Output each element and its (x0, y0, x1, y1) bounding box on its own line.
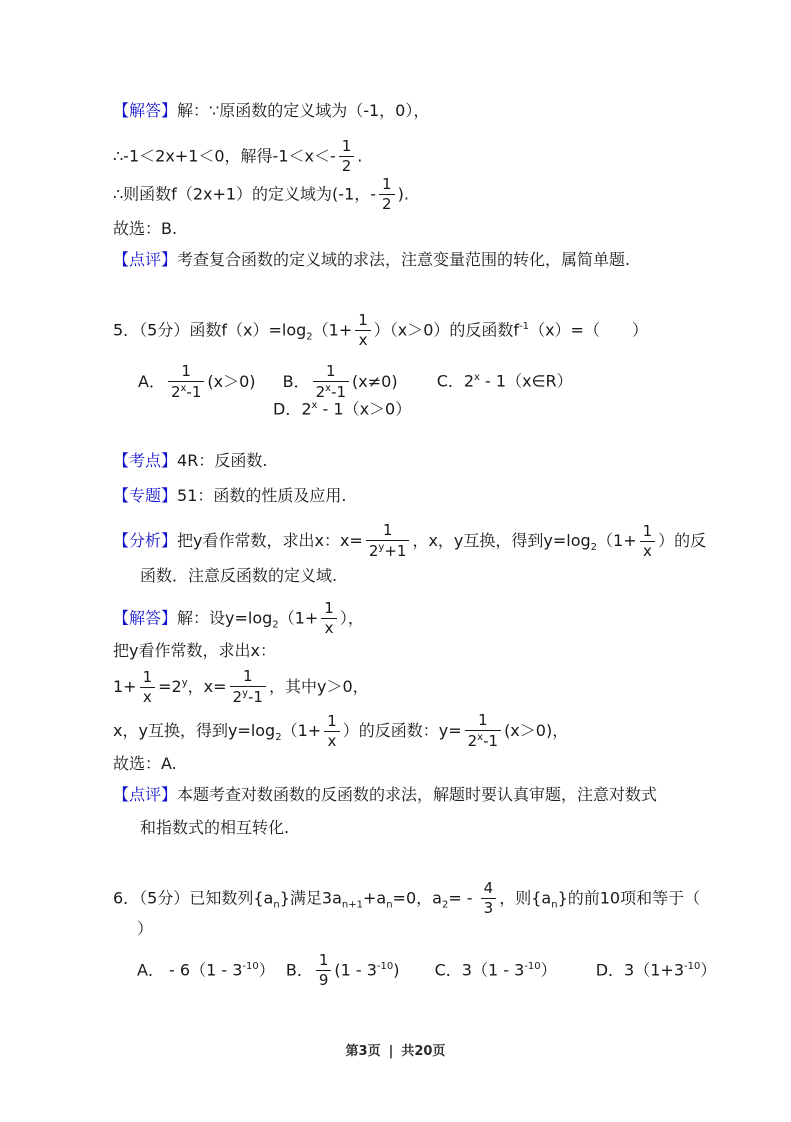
jieda-pre: 解：设y=log (177, 608, 272, 627)
sec4-dianping-line: 【点评】考查复合函数的定义域的求法，注意变量范围的转化，属简单题. (113, 249, 630, 271)
option-text: (1 - 3 (334, 960, 377, 979)
fraction: 12x-1 (465, 712, 501, 751)
frac-numerator: 1 (313, 363, 349, 382)
q5-stem: 5．（5分）函数f（x）=log2（1+1x）（x＞0）的反函数f-1（x）=（… (113, 312, 648, 350)
fraction: 1x (355, 312, 371, 350)
dianping-label: 【点评】 (113, 785, 177, 804)
q6-option-a: A． - 6（1 - 3-10） (137, 956, 275, 981)
solution-text: 把y看作常数，求出x： (113, 641, 276, 660)
frac-numerator: 1 (379, 176, 395, 195)
jieda-label: 【解答】 (113, 608, 177, 627)
q5-stem-mid2: ）（x＞0）的反函数f (374, 320, 519, 339)
option-text: ) (393, 960, 399, 979)
q6-option-b: B．19(1 - 3-10) (286, 952, 400, 990)
q6-stem-post: }的前10项和等于（ (558, 888, 701, 907)
dianping-text: 考查复合函数的定义域的求法，注意变量范围的转化，属简单题. (177, 250, 630, 269)
frac-numerator: 1 (366, 522, 410, 541)
fraction: 1x (140, 669, 156, 707)
den-base: 2 (233, 688, 243, 706)
fenxi-label: 【分析】 (113, 531, 177, 550)
dianping-text: 和指数式的相互转化. (140, 818, 289, 837)
option-condition: (x＞0) (207, 372, 255, 391)
frac-numerator: 1 (316, 952, 332, 971)
fraction: 12y+1 (366, 522, 410, 561)
q5-jieda-line: 【解答】解：设y=log2（1+1x）， (113, 600, 364, 638)
sec4-line2-pre: ∴-1＜2x+1＜0，解得-1＜x＜- (113, 146, 336, 165)
option-text: - 1（x＞0） (317, 399, 411, 418)
document-page: 【解答】解：∵原函数的定义域为（-1，0）， ∴-1＜2x+1＜0，解得-1＜x… (0, 0, 791, 1122)
exponent: -10 (684, 961, 700, 972)
fraction: 1x (321, 600, 337, 638)
sec4-line2: ∴-1＜2x+1＜0，解得-1＜x＜-12. (113, 138, 362, 176)
den-rest: +1 (384, 542, 406, 560)
q5-fenxi-line2: 函数．注意反函数的定义域. (140, 565, 337, 587)
frac-denominator: 2x-1 (465, 731, 501, 750)
swap-post: (x＞0)， (504, 721, 568, 740)
q6-stem-mid2: +a (363, 888, 386, 907)
answer-text: 故选：A. (113, 754, 177, 773)
swap-mid2: ）的反函数：y= (343, 721, 462, 740)
frac-numerator: 4 (481, 880, 497, 899)
zhuanti-label: 【专题】 (113, 486, 177, 505)
option-text: C．3（1 - 3 (435, 960, 525, 979)
inverse-sup: -1 (519, 321, 529, 332)
option-text: ） (541, 960, 557, 979)
q6-stem-close: ） (137, 918, 153, 940)
frac-denominator: x (325, 732, 340, 750)
q5-zhuanti-line: 【专题】51：函数的性质及应用. (113, 485, 346, 507)
sec4-jieda-line: 【解答】解：∵原函数的定义域为（-1，0）， (113, 100, 429, 122)
q5-option-a: A．12x-1(x＞0) (138, 363, 256, 402)
q5-option-d: D．2x - 1（x＞0） (273, 395, 411, 420)
frac-numerator: 1 (321, 600, 337, 619)
zhuanti-text: 51：函数的性质及应用. (177, 486, 346, 505)
footer-separator: | (389, 1044, 394, 1059)
fraction: 12 (339, 138, 355, 176)
q5-dianping-line2: 和指数式的相互转化. (140, 817, 289, 839)
den-rest: -1 (186, 383, 201, 401)
frac-denominator: 2 (379, 195, 395, 213)
sec4-line1-text: 解：∵原函数的定义域为（-1，0）， (177, 101, 429, 120)
q5-stem-pre: 5．（5分）函数f（x）=log (113, 320, 306, 339)
frac-denominator: x (322, 619, 337, 637)
eq-mid2: ，x= (188, 677, 227, 696)
frac-numerator: 1 (465, 712, 501, 731)
q5-kaodian-line: 【考点】4R：反函数. (113, 450, 267, 472)
option-label: B． (283, 372, 310, 391)
den-rest: -1 (248, 688, 263, 706)
seq-sub: n+1 (342, 899, 363, 910)
option-text: D．2 (273, 399, 312, 418)
eq-mid1: =2 (158, 677, 182, 696)
fenxi-post: ）的反 (658, 531, 706, 550)
q5-equation-line: 1+1x=2y，x=12y-1，其中y＞0， (113, 668, 369, 707)
frac-denominator: 2x-1 (168, 382, 204, 401)
q6-stem: 6．（5分）已知数列{an}满足3an+1+an=0，a2= - 43，则{an… (113, 880, 700, 918)
eq-post: ，其中y＞0， (269, 677, 369, 696)
q5-swap-line: x，y互换，得到y=log2（1+1x）的反函数：y=12x-1(x＞0)， (113, 712, 568, 751)
jieda-label: 【解答】 (113, 101, 177, 120)
frac-numerator: 1 (355, 312, 371, 331)
q6-option-d: D．3（1+3-10） (596, 956, 717, 981)
fraction: 43 (481, 880, 497, 918)
q6-stem-mid5: ，则{a (499, 888, 551, 907)
frac-denominator: x (640, 542, 655, 560)
option-label: B． (286, 960, 313, 979)
swap-mid1: （1+ (282, 721, 322, 740)
page-footer: 第3页|共20页 (0, 1040, 791, 1059)
sec4-line3-post: ). (398, 184, 409, 203)
q6-option-c: C．3（1 - 3-10） (435, 956, 557, 981)
den-base: 2 (468, 732, 478, 750)
frac-denominator: 2 (339, 157, 355, 175)
swap-pre: x，y互换，得到y=log (113, 721, 275, 740)
frac-denominator: 3 (481, 899, 497, 917)
den-base: 2 (369, 542, 379, 560)
q5-fenxi-line1: 【分析】把y看作常数，求出x：x=12y+1，x，y互换，得到y=log2（1+… (113, 522, 706, 561)
exponent: -10 (242, 961, 258, 972)
dianping-label: 【点评】 (113, 250, 177, 269)
frac-numerator: 1 (168, 363, 204, 382)
option-text: ） (259, 960, 275, 979)
option-text: A． - 6（1 - 3 (137, 960, 242, 979)
footer-total-pages: 共20页 (401, 1044, 445, 1059)
q6-stem-mid4: = - (448, 888, 477, 907)
frac-denominator: 2y-1 (230, 687, 266, 706)
q5-solution-line2: 把y看作常数，求出x： (113, 640, 276, 662)
frac-numerator: 1 (339, 138, 355, 157)
fraction: 12x-1 (168, 363, 204, 402)
frac-numerator: 1 (230, 668, 266, 687)
option-text: D．3（1+3 (596, 960, 684, 979)
option-condition: (x≠0) (352, 372, 398, 391)
close-paren: ） (137, 919, 153, 938)
q5-answer-line: 故选：A. (113, 753, 177, 775)
fenxi-mid2: （1+ (597, 531, 637, 550)
q5-dianping-line1: 【点评】本题考查对数函数的反函数的求法，解题时要认真审题，注意对数式 (113, 784, 657, 806)
footer-page-number: 第3页 (346, 1044, 381, 1059)
q5-stem-mid1: （1+ (313, 320, 353, 339)
frac-numerator: 1 (140, 669, 156, 688)
kaodian-text: 4R：反函数. (177, 451, 267, 470)
fraction: 1x (324, 713, 340, 751)
frac-denominator: x (140, 688, 155, 706)
den-base: 2 (171, 383, 181, 401)
frac-denominator: x (356, 331, 371, 349)
fenxi-mid1: ，x，y互换，得到y=log (412, 531, 590, 550)
fenxi-pre: 把y看作常数，求出x：x= (177, 531, 363, 550)
frac-numerator: 1 (324, 713, 340, 732)
q6-stem-pre: 6．（5分）已知数列{a (113, 888, 273, 907)
fraction: 12 (379, 176, 395, 214)
frac-numerator: 1 (640, 523, 656, 542)
q5-stem-post: （x）=（ ） (529, 320, 648, 339)
eq-pre: 1+ (113, 677, 137, 696)
q6-stem-mid1: }满足3a (280, 888, 342, 907)
sec4-line3-pre: ∴则函数f（2x+1）的定义域为(-1，- (113, 184, 376, 203)
option-text: - 1（x∈R） (480, 372, 573, 391)
option-text: C．2 (437, 372, 474, 391)
exponent: -10 (377, 961, 393, 972)
kaodian-label: 【考点】 (113, 451, 177, 470)
jieda-mid: （1+ (279, 608, 319, 627)
sec4-answer-line: 故选：B. (113, 218, 177, 240)
q6-options-row: A． - 6（1 - 3-10） B．19(1 - 3-10) C．3（1 - … (137, 952, 716, 990)
answer-text: 故选：B. (113, 219, 177, 238)
q6-stem-mid3: =0，a (393, 888, 442, 907)
exponent: -10 (524, 961, 540, 972)
fraction: 1x (640, 523, 656, 561)
frac-denominator: 9 (316, 971, 332, 989)
fraction: 19 (316, 952, 332, 990)
sec4-line3: ∴则函数f（2x+1）的定义域为(-1，-12). (113, 176, 409, 214)
fenxi-line2-text: 函数．注意反函数的定义域. (140, 566, 337, 585)
option-label: A． (138, 372, 165, 391)
jieda-post: ）， (340, 608, 364, 627)
frac-denominator: 2y+1 (366, 541, 410, 560)
fraction: 12y-1 (230, 668, 266, 707)
sec4-line2-post: . (357, 146, 362, 165)
q5-option-c: C．2x - 1（x∈R） (437, 367, 573, 392)
den-rest: -1 (483, 732, 498, 750)
dianping-text: 本题考查对数函数的反函数的求法，解题时要认真审题，注意对数式 (177, 785, 657, 804)
option-text: ） (700, 960, 716, 979)
